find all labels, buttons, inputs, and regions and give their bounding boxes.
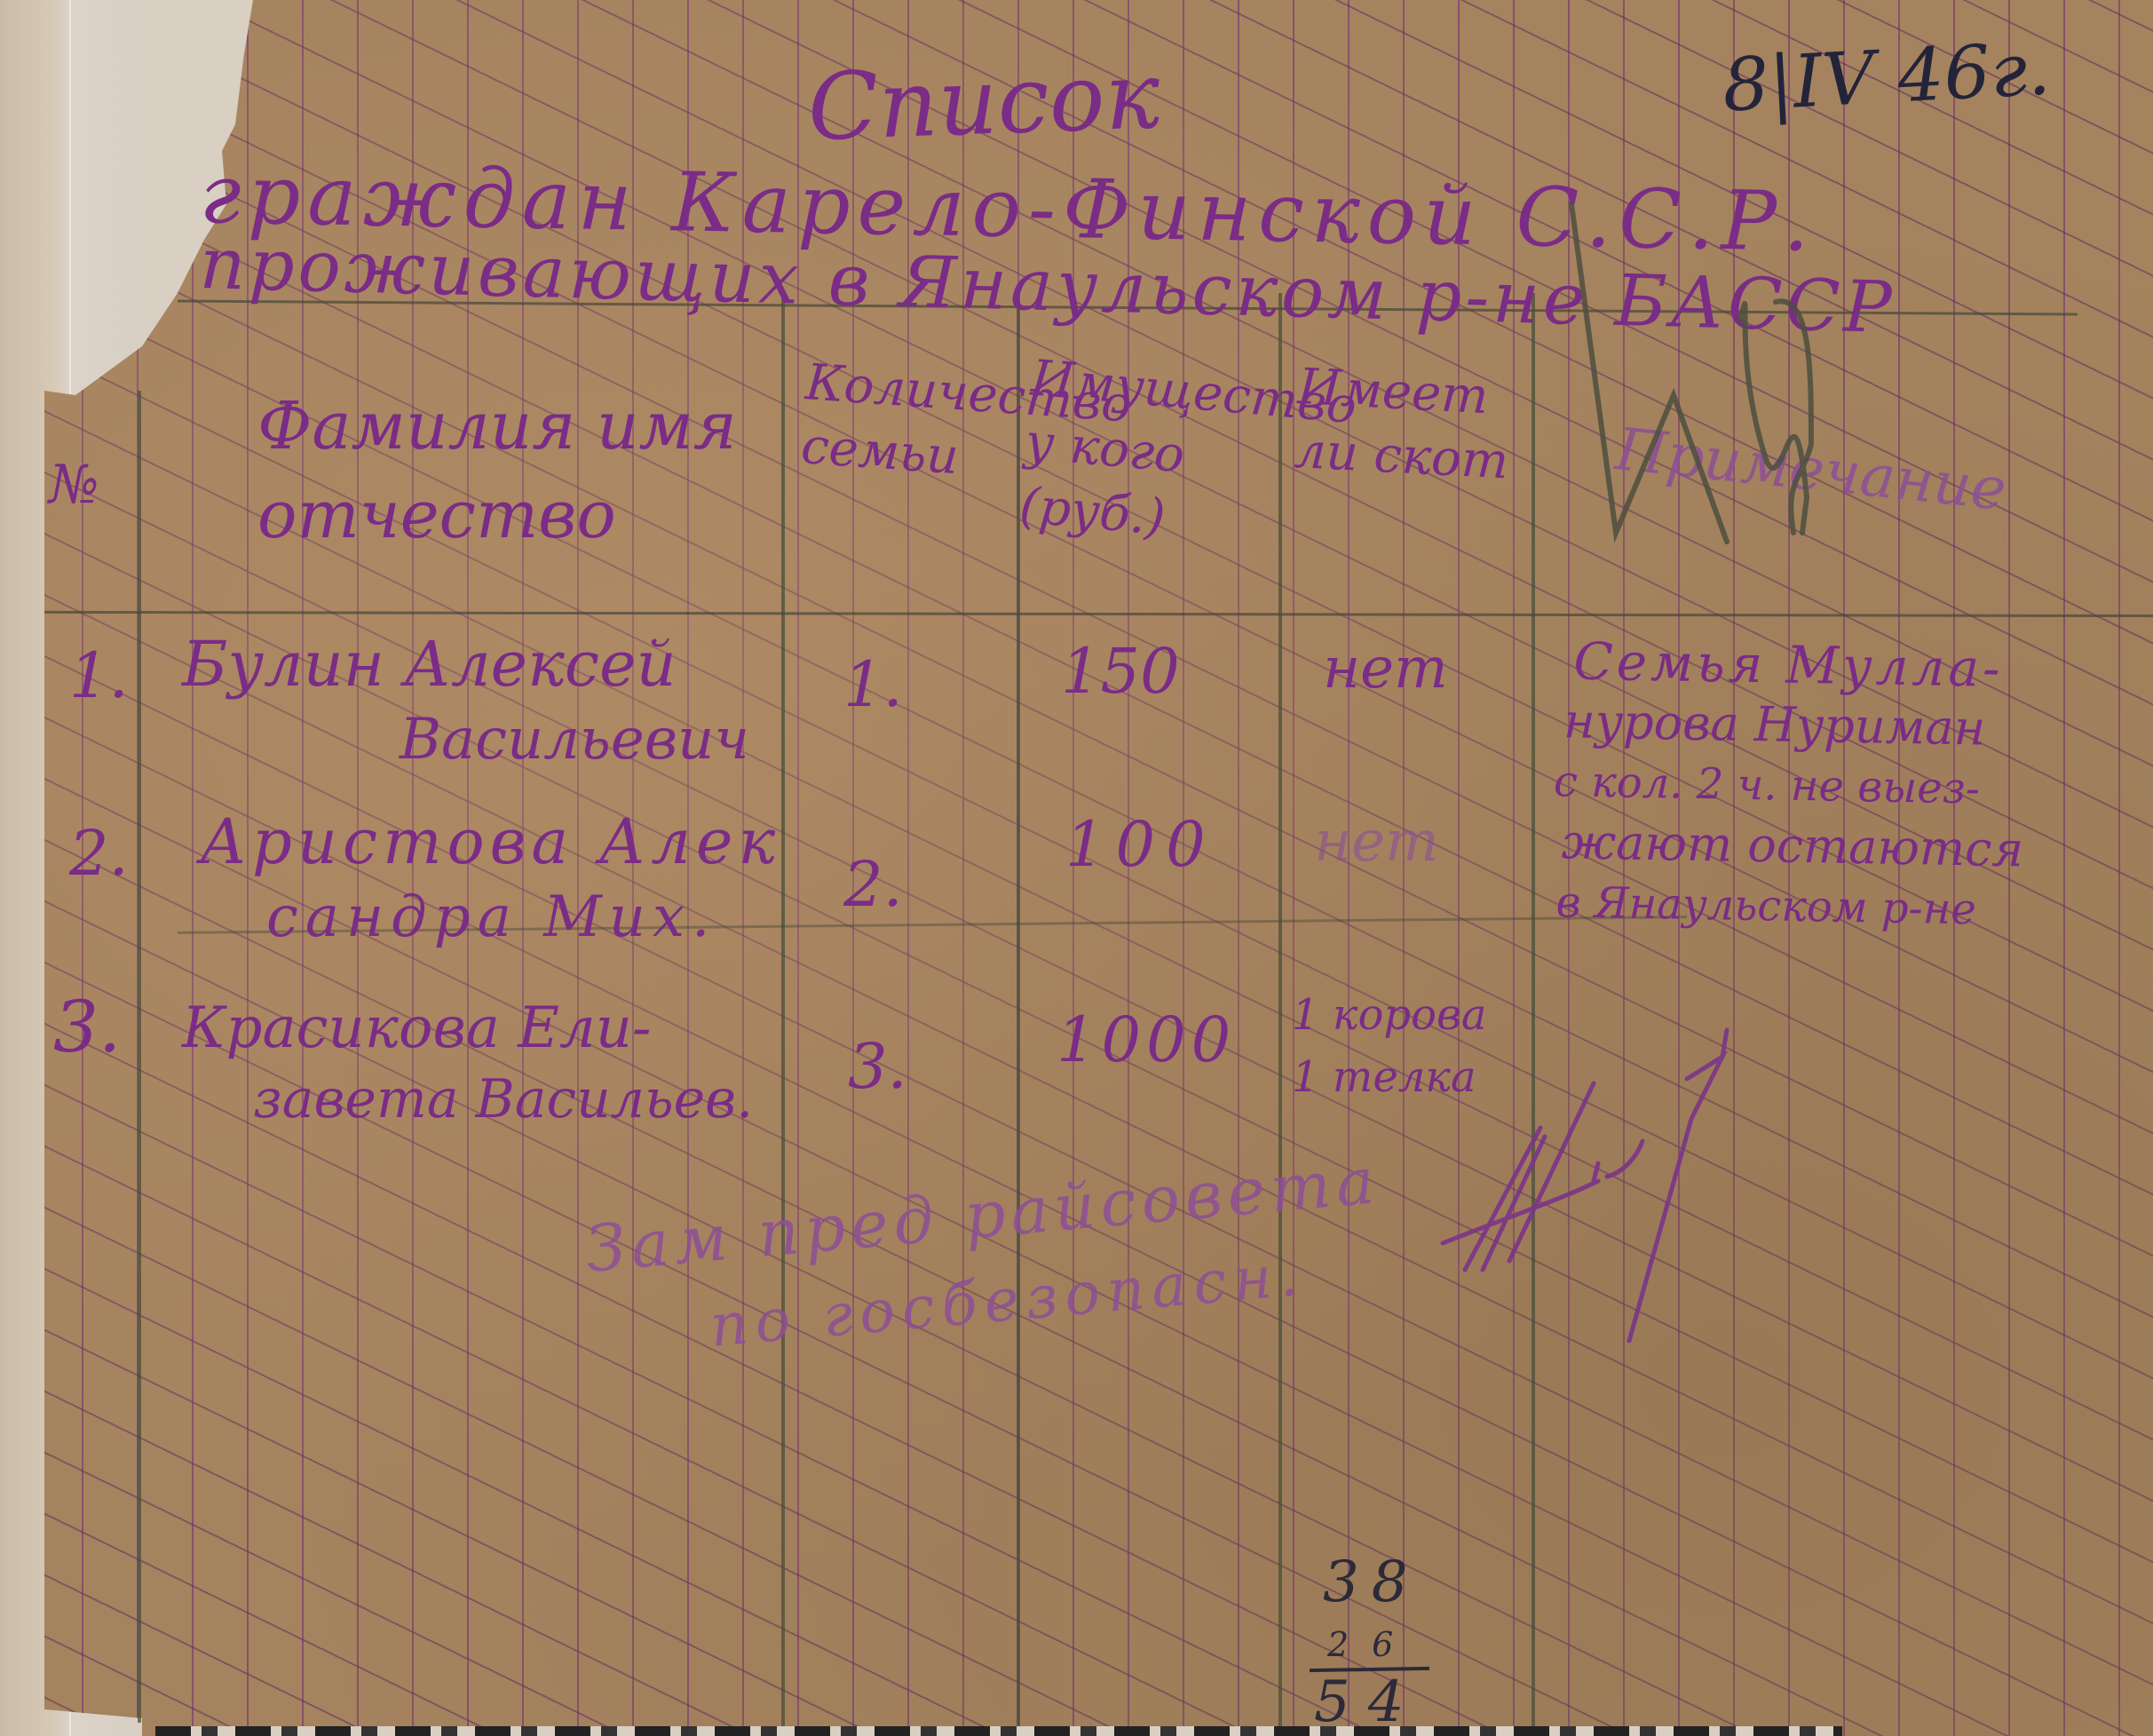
archive-barcode-strip — [155, 1726, 1842, 1736]
ink-signature-icon — [1443, 1030, 1727, 1341]
pencil-signature-icon — [1571, 204, 1811, 542]
signature-strokes — [0, 0, 2153, 1736]
